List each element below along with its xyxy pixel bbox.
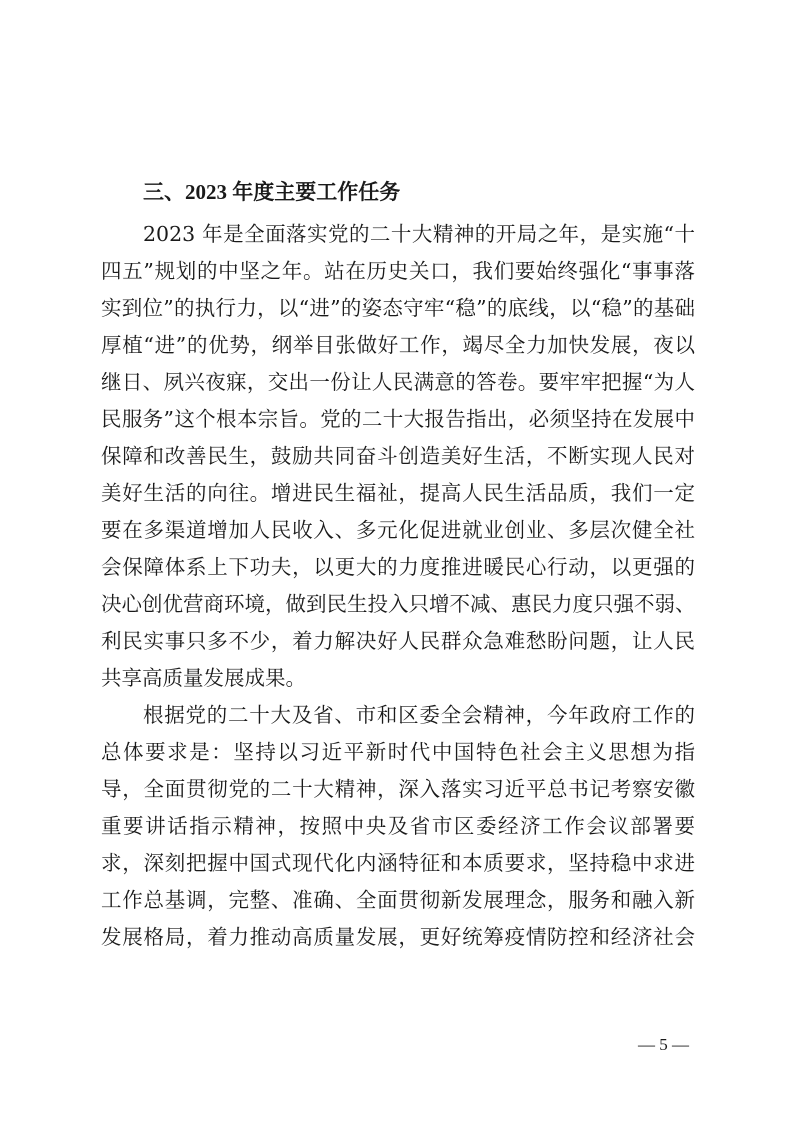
paragraph-1-line-4: 厚植“进”的优势，纲举目张做好工作，竭尽全力加快发展，夜以 bbox=[101, 332, 695, 358]
paragraph-1-line-2: 四五”规划的中坚之年。站在历史关口，我们要始终强化“事事落 bbox=[101, 258, 695, 284]
paragraph-2-line-4: 重要讲话指示精神，按照中央及省市区委经济工作会议部署要 bbox=[101, 813, 695, 839]
paragraph-1-line-6: 民服务”这个根本宗旨。党的二十大报告指出，必须坚持在发展中 bbox=[101, 406, 695, 432]
paragraph-1-line-1: 2023 年是全面落实党的二十大精神的开局之年，是实施“十 bbox=[143, 221, 695, 247]
paragraph-1-line-9: 要在多渠道增加人民收入、多元化促进就业创业、多层次健全社 bbox=[101, 517, 695, 543]
paragraph-2-line-7: 发展格局，着力推动高质量发展，更好统筹疫情防控和经济社会 bbox=[101, 924, 695, 950]
paragraph-1-line-5: 继日、夙兴夜寐，交出一份让人民满意的答卷。要牢牢把握“为人 bbox=[101, 369, 695, 395]
paragraph-1-line-12: 利民实事只多不少，着力解决好人民群众急难愁盼问题，让人民 bbox=[101, 628, 695, 654]
paragraph-1-line-11: 决心创优营商环境，做到民生投入只增不减、惠民力度只强不弱、 bbox=[101, 591, 695, 617]
paragraph-2-line-6: 工作总基调，完整、准确、全面贯彻新发展理念，服务和融入新 bbox=[101, 887, 695, 913]
document-page: 三、2023 年度主要工作任务 2023 年是全面落实党的二十大精神的开局之年，… bbox=[0, 0, 793, 1122]
paragraph-1-line-3: 实到位”的执行力，以“进”的姿态守牢“稳”的底线，以“稳”的基础 bbox=[101, 295, 695, 321]
page-number: — 5 — bbox=[638, 1035, 689, 1055]
paragraph-1-line-8: 美好生活的向往。增进民生福祉，提高人民生活品质，我们一定 bbox=[101, 480, 695, 506]
paragraph-2-line-3: 导，全面贯彻党的二十大精神，深入落实习近平总书记考察安徽 bbox=[101, 776, 695, 802]
paragraph-2-line-2: 总体要求是：坚持以习近平新时代中国特色社会主义思想为指 bbox=[101, 739, 695, 765]
paragraph-1-line-13: 共享高质量发展成果。 bbox=[101, 665, 695, 691]
paragraph-1-line-7: 保障和改善民生，鼓励共同奋斗创造美好生活，不断实现人民对 bbox=[101, 443, 695, 469]
paragraph-1-line-10: 会保障体系上下功夫，以更大的力度推进暖民心行动，以更强的 bbox=[101, 554, 695, 580]
section-heading: 三、2023 年度主要工作任务 bbox=[143, 176, 400, 206]
paragraph-2-line-1: 根据党的二十大及省、市和区委全会精神，今年政府工作的 bbox=[143, 702, 695, 728]
paragraph-2-line-5: 求，深刻把握中国式现代化内涵特征和本质要求，坚持稳中求进 bbox=[101, 850, 695, 876]
